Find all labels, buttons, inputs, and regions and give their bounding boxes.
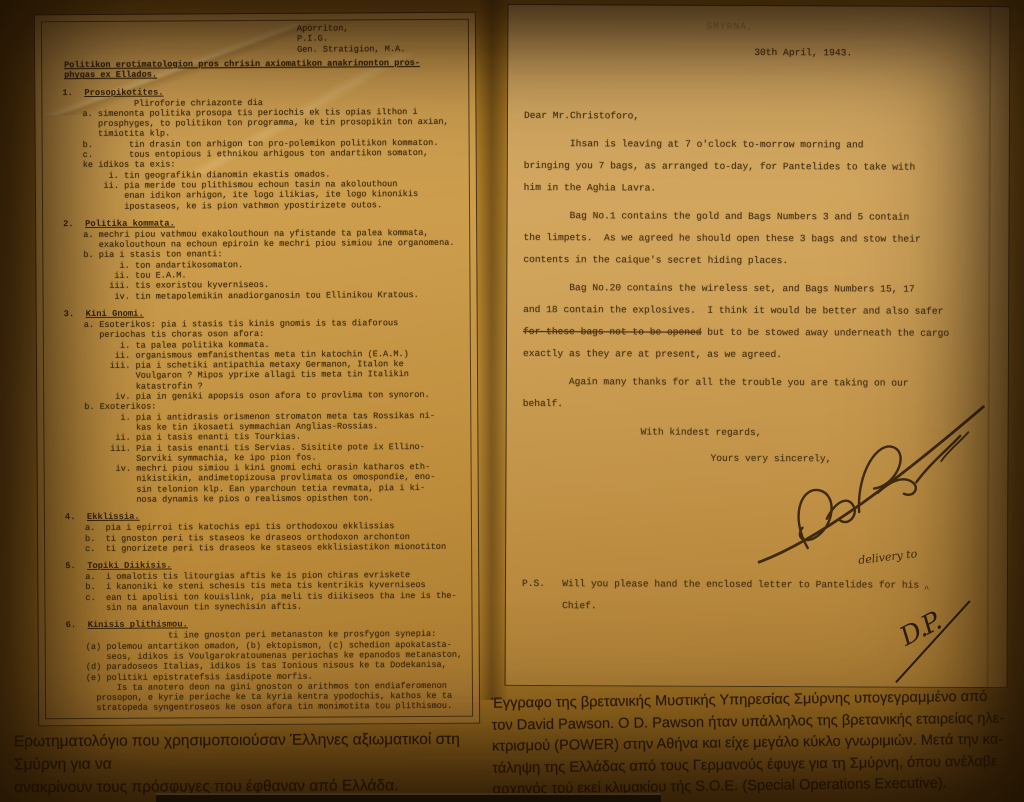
document-section: 5.Topiki Diikisis.a. i omalotis tis lito…	[65, 559, 457, 614]
section-title: Kinisis plithismou.	[88, 620, 188, 631]
section-number: 1.	[62, 88, 84, 98]
section-body: a. Esoterikos: pia i stasis tis kinis gn…	[84, 318, 457, 506]
section-body: a. pia i epirroi tis katochis epi tis or…	[85, 521, 457, 554]
letter-paragraph-strike-line: for these bags not to be opened but to b…	[523, 321, 996, 345]
letter-place: SMYRNA,	[706, 16, 753, 38]
section-number: 4.	[65, 512, 87, 522]
section-title: Topiki Diikisis.	[87, 561, 172, 572]
section-body: a. mechri piou vathmou exakolouthoun na …	[83, 228, 455, 302]
initials-text: D.P.	[895, 607, 945, 652]
strikethrough-text: for these bags not to be opened	[523, 326, 702, 338]
section-number: 3.	[64, 309, 86, 319]
book-gutter-shadow	[478, 0, 508, 700]
section-number: 5.	[65, 561, 87, 571]
section-title: Prosopikotites.	[84, 87, 163, 97]
section-title: Ekklissia.	[87, 512, 140, 522]
section-number: 2.	[63, 219, 85, 229]
book-page-photo: Aporriton, P.I.G. Gen. Stratigion, M.A. …	[0, 0, 1024, 802]
right-caption: Έγγραφο της βρετανικής Μυστικής Υπηρεσία…	[491, 686, 1020, 801]
document-section: 6.Kinisis plithismou. ti ine gnoston per…	[66, 618, 459, 714]
left-caption: Ερωτηματολόγιο που χρησιμοποιούσαν Έλλην…	[14, 728, 488, 799]
letter-paragraph: Bag No.1 contains the gold and Bags Numb…	[523, 205, 996, 273]
letter-postscript: P.S. Will you please hand the enclosed l…	[522, 573, 919, 619]
letter-paragraph: Ihsan is leaving at 7 o'clock to-morrow …	[524, 133, 997, 201]
section-body: Pliroforie chriazonte dia a. simenonta p…	[82, 96, 455, 212]
letter-date: 30th April, 1943.	[754, 42, 852, 64]
document-section: 3.Kini Gnomi.a. Esoterikos: pia i stasis…	[64, 307, 457, 506]
section-number: 6.	[66, 620, 88, 630]
document-section: 4.Ekklissia.a. pia i epirroi tis katochi…	[65, 510, 457, 554]
letter-salutation: Dear Mr.Christoforo,	[524, 105, 997, 129]
handwritten-initials: D.P.	[884, 593, 974, 683]
section-body: a. i omalotis tis litourgias aftis ke is…	[85, 570, 457, 613]
next-image-strip	[156, 793, 661, 802]
signature-david-pawson: David Pawson	[741, 384, 1004, 576]
letter-document: SMYRNA, 30th April, 1943. Dear Mr.Christ…	[505, 4, 1011, 688]
section-body: ti ine gnoston peri metanaston ke prosfy…	[86, 629, 458, 714]
letter-paragraph: exactly as they are at present, as we ag…	[523, 343, 996, 367]
section-title: Kini Gnomi.	[86, 309, 144, 319]
letter-paragraph: Bag No.20 contains the wireless set, and…	[523, 277, 996, 323]
signature-ink-strokes	[741, 384, 1004, 576]
document-section: 2.Politika kommata.a. mechri piou vathmo…	[63, 217, 456, 302]
document-section: 1.Prosopikotites. Pliroforie chriazonte …	[62, 85, 455, 212]
document-inner-frame: Politikon erotimatologion pros chrisin a…	[41, 19, 473, 720]
section-title: Politika kommata.	[85, 218, 175, 229]
document-title: Politikon erotimatologion pros chrisin a…	[64, 58, 454, 81]
after-strike-text: but to be stowed away underneath the car…	[702, 327, 950, 339]
questionnaire-document: Aporriton, P.I.G. Gen. Stratigion, M.A. …	[34, 12, 480, 727]
left-doc-sections: 1.Prosopikotites. Pliroforie chriazonte …	[62, 85, 458, 714]
